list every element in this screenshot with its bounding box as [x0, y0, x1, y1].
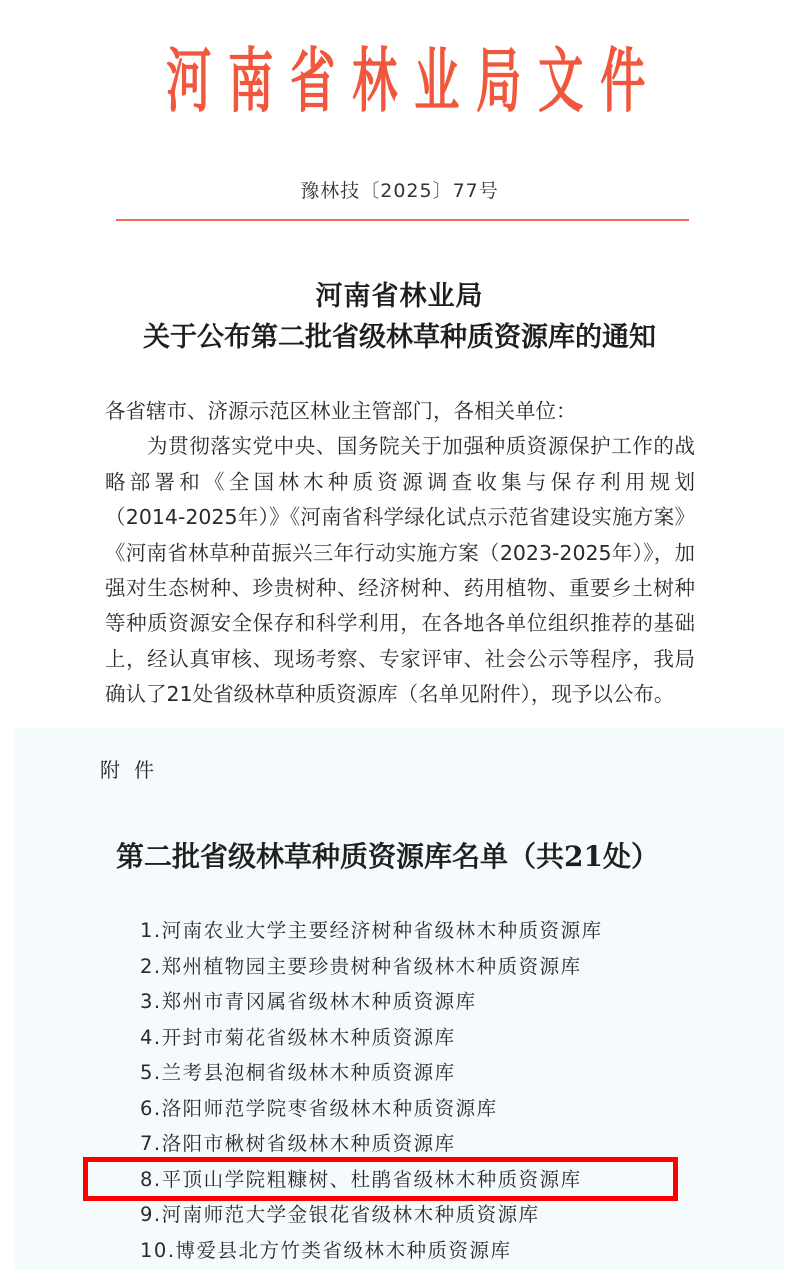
- masthead-char: 河: [166, 46, 210, 116]
- list-item: 2.郑州植物园主要珍贵树种省级林木种质资源库: [140, 949, 603, 985]
- masthead-char: 省: [290, 46, 334, 116]
- body-line: 为贯彻落实党中央、国务院关于加强种质资源保护工作的战: [105, 429, 695, 464]
- masthead-char: 件: [600, 46, 644, 116]
- attachment-label: 附件: [100, 754, 168, 783]
- document-number: 豫林技〔2025〕77号: [0, 176, 799, 203]
- masthead-char: 林: [352, 46, 396, 116]
- list-item: 5.兰考县泡桐省级林木种质资源库: [140, 1055, 603, 1091]
- repository-list: 1.河南农业大学主要经济树种省级林木种质资源库 2.郑州植物园主要珍贵树种省级林…: [140, 913, 603, 1268]
- body-line: 《河南省林草种苗振兴三年行动实施方案（2023-2025年）》，加: [105, 536, 695, 571]
- body-line: 略部署和《全国林木种质资源调查收集与保存利用规划: [105, 465, 695, 500]
- header-divider: [116, 219, 689, 221]
- notice-title-issuer: 河南省林业局: [0, 274, 799, 313]
- body-line: 上，经认真审核、现场考察、专家评审、社会公示等程序，我局: [105, 642, 695, 677]
- body-line: 强对生态树种、珍贵树种、经济树种、药用植物、重要乡土树种: [105, 571, 695, 606]
- masthead-char: 南: [228, 46, 272, 116]
- salutation: 各省辖市、济源示范区林业主管部门，各相关单位：: [105, 394, 695, 429]
- list-item: 4.开封市菊花省级林木种质资源库: [140, 1020, 603, 1056]
- body-line: 确认了21处省级林草种质资源库（名单见附件），现予以公布。: [105, 677, 695, 712]
- notice-body: 各省辖市、济源示范区林业主管部门，各相关单位： 为贯彻落实党中央、国务院关于加强…: [105, 394, 695, 713]
- list-item: 9.河南师范大学金银花省级林木种质资源库: [140, 1197, 603, 1233]
- list-item: 3.郑州市青冈属省级林木种质资源库: [140, 984, 603, 1020]
- list-item: 7.洛阳市楸树省级林木种质资源库: [140, 1126, 603, 1162]
- body-line: 等种质资源安全保存和科学利用，在各地各单位组织推荐的基础: [105, 606, 695, 641]
- attachment-list-title: 第二批省级林草种质资源库名单（共21处）: [116, 835, 659, 875]
- masthead-char: 文: [538, 46, 582, 116]
- notice-title-subject: 关于公布第二批省级林草种质资源库的通知: [0, 315, 799, 354]
- list-item: 6.洛阳师范学院枣省级林木种质资源库: [140, 1091, 603, 1127]
- masthead-char: 业: [414, 46, 458, 116]
- masthead-char: 局: [476, 46, 520, 116]
- list-item: 1.河南农业大学主要经济树种省级林木种质资源库: [140, 913, 603, 949]
- masthead-title: 河 南 省 林 业 局 文 件: [160, 36, 650, 126]
- list-item-highlighted: 8.平顶山学院粗糠树、杜鹃省级林木种质资源库: [140, 1162, 603, 1198]
- body-line: （2014-2025年）》《河南省科学绿化试点示范省建设实施方案》: [105, 500, 695, 535]
- list-item: 10.博爱县北方竹类省级林木种质资源库: [140, 1233, 603, 1269]
